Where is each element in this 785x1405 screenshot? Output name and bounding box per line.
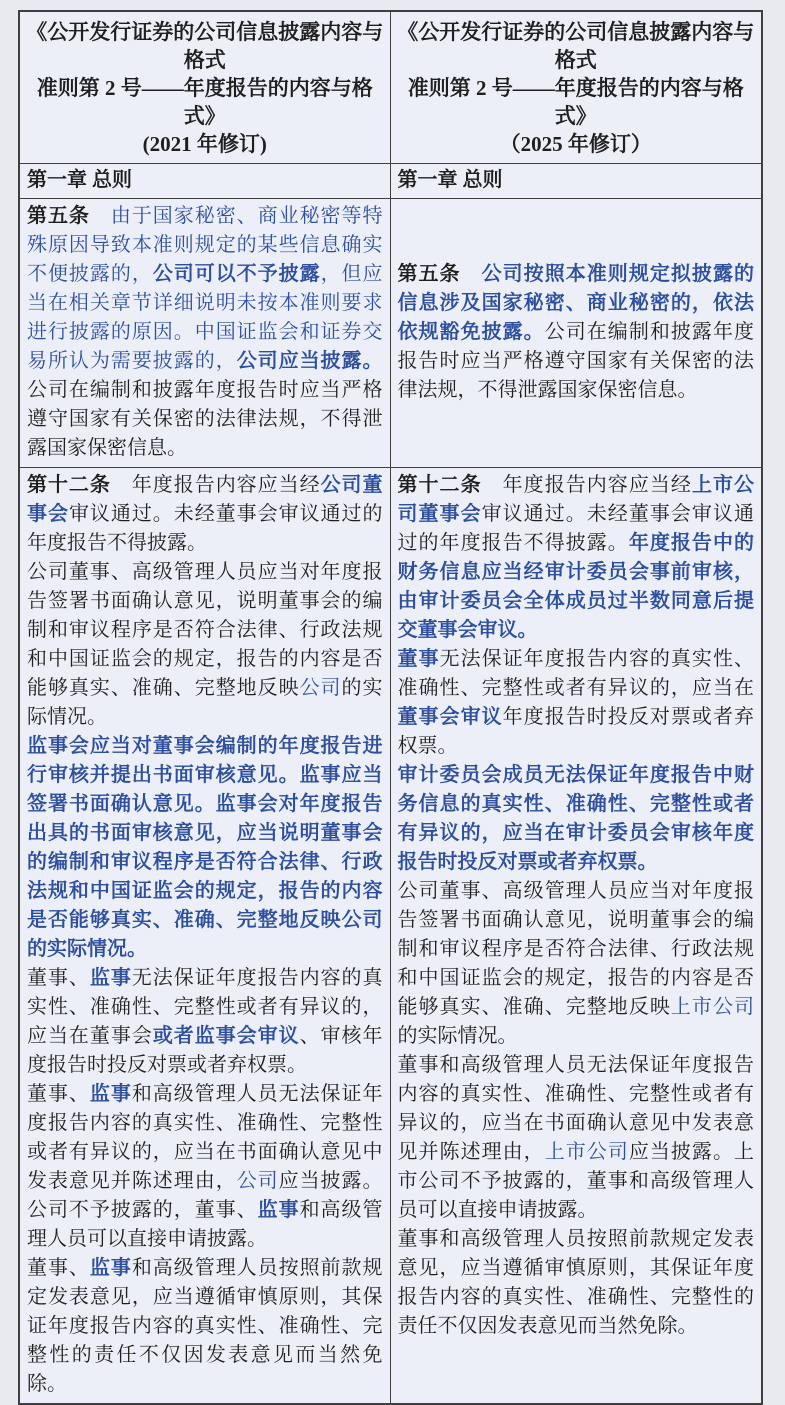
- header-cell-2021: 《公开发行证券的公司信息披露内容与格式准则第 2 号——年度报告的内容与格式》(…: [20, 12, 391, 163]
- chapter-cell-2025: 第一章 总则: [391, 164, 762, 198]
- header-cell-2025: 《公开发行证券的公司信息披露内容与格式准则第 2 号——年度报告的内容与格式》（…: [391, 12, 762, 163]
- comparison-table: 《公开发行证券的公司信息披露内容与格式准则第 2 号——年度报告的内容与格式》(…: [18, 10, 763, 1170]
- article5-cell-2021: 第五条 由于国家秘密、商业秘密等特殊原因导致本准则规定的某些信息确实不便披露的，…: [20, 199, 391, 467]
- article12-cell-2025: 第十二条 年度报告内容应当经上市公司董事会审议通过。未经董事会审议通过的年度报告…: [391, 468, 762, 1170]
- article12-cell-2021: 第十二条 年度报告内容应当经公司董事会审议通过。未经董事会审议通过的年度报告不得…: [20, 468, 391, 1170]
- article12-row: 第十二条 年度报告内容应当经公司董事会审议通过。未经董事会审议通过的年度报告不得…: [20, 468, 761, 1170]
- chapter-cell-2021: 第一章 总则: [20, 164, 391, 198]
- article5-row: 第五条 由于国家秘密、商业秘密等特殊原因导致本准则规定的某些信息确实不便披露的，…: [20, 199, 761, 468]
- chapter-row: 第一章 总则 第一章 总则: [20, 164, 761, 199]
- article5-cell-2025: 第五条 公司按照本准则规定拟披露的信息涉及国家秘密、商业秘密的，依法依规豁免披露…: [391, 199, 762, 467]
- header-row: 《公开发行证券的公司信息披露内容与格式准则第 2 号——年度报告的内容与格式》(…: [20, 12, 761, 164]
